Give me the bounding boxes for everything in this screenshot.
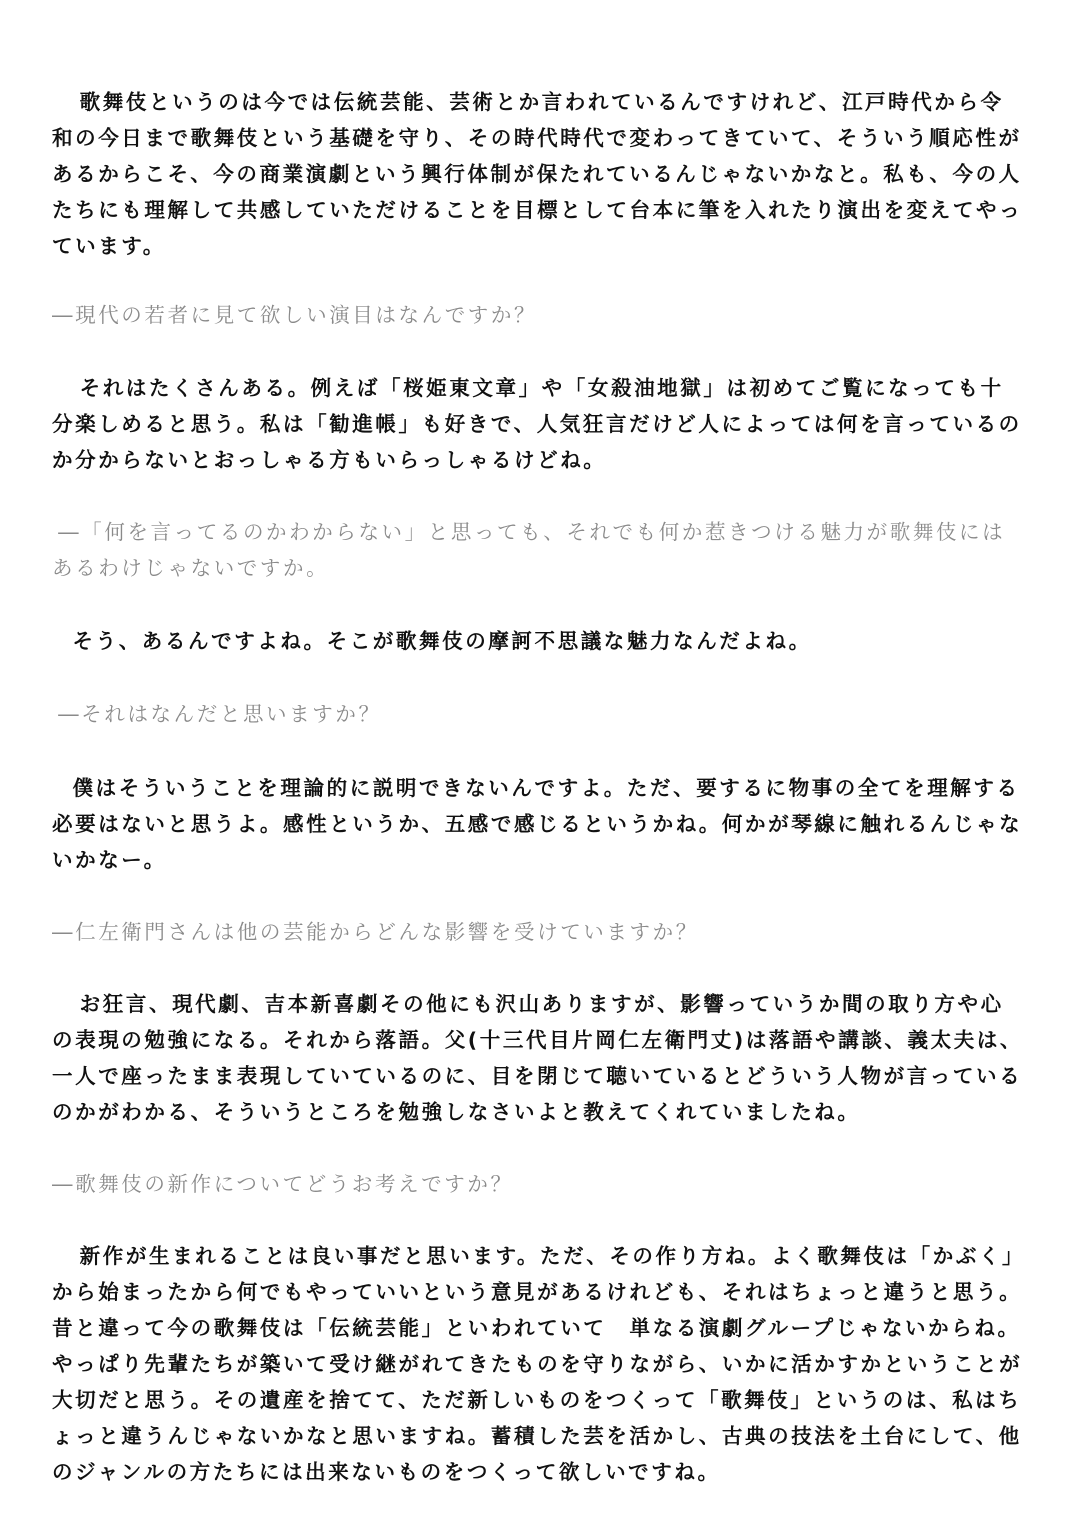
answer-paragraph-2: それはたくさんある。例えば「桜姫東文章」や「女殺油地獄」は初めてご覧になっても十… bbox=[52, 370, 1024, 478]
answer-paragraph-6: 新作が生まれることは良い事だと思います。ただ、その作り方ね。よく歌舞伎は「かぶく… bbox=[52, 1238, 1024, 1490]
question-1: ―現代の若者に見て欲しい演目はなんですか？ bbox=[52, 297, 1024, 333]
answer-paragraph-5: お狂言、現代劇、吉本新喜劇その他にも沢山ありますが、影響っていうか間の取り方や心… bbox=[52, 986, 1024, 1130]
question-2: ―「何を言ってるのかわからない」と思っても、それでも何か惹きつける魅力が歌舞伎に… bbox=[52, 514, 1024, 586]
answer-paragraph-1: 歌舞伎というのは今では伝統芸能、芸術とか言われているんですけれど、江戸時代から令… bbox=[52, 84, 1024, 264]
question-4: ―仁左衛門さんは他の芸能からどんな影響を受けていますか？ bbox=[52, 914, 1024, 950]
question-3: ―それはなんだと思いますか？ bbox=[52, 696, 1024, 732]
interview-document: 歌舞伎というのは今では伝統芸能、芸術とか言われているんですけれど、江戸時代から令… bbox=[52, 84, 1024, 1490]
answer-paragraph-3: そう、あるんですよね。そこが歌舞伎の摩訶不思議な魅力なんだよね。 bbox=[52, 623, 1024, 659]
answer-paragraph-4: 僕はそういうことを理論的に説明できないんですよ。ただ、要するに物事の全てを理解す… bbox=[52, 770, 1024, 878]
question-5: ―歌舞伎の新作についてどうお考えですか？ bbox=[52, 1166, 1024, 1202]
